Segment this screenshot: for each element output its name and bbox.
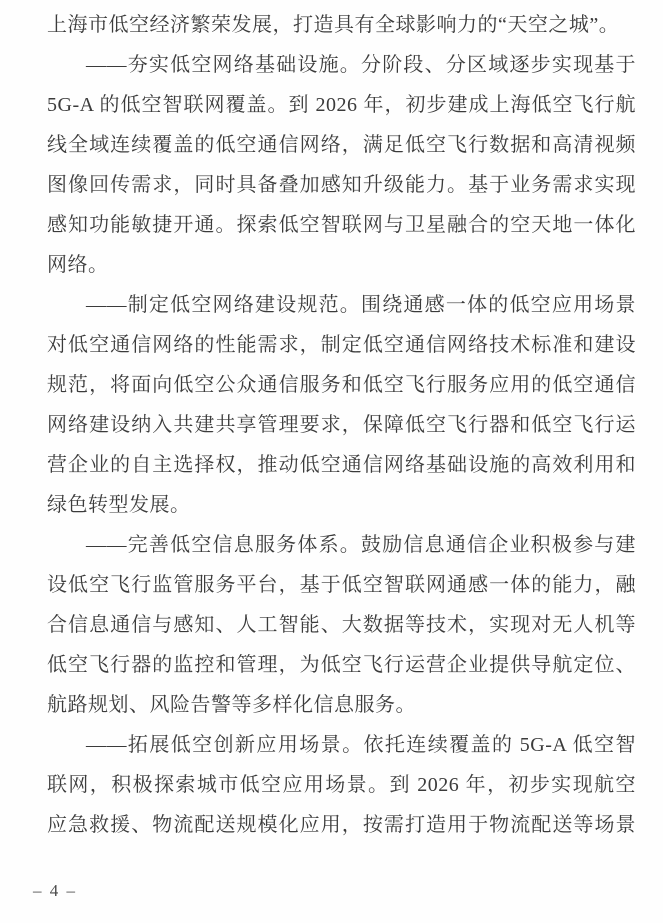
text-line: ——拓展低空创新应用场景。依托连续覆盖的 5G-A 低空智	[47, 725, 636, 765]
document-body: 上海市低空经济繁荣发展，打造具有全球影响力的“天空之城”。——夯实低空网络基础设…	[47, 5, 636, 845]
text-line: 规范，将面向低空公众通信服务和低空飞行服务应用的低空通信	[47, 365, 636, 405]
text-line: 上海市低空经济繁荣发展，打造具有全球影响力的“天空之城”。	[47, 5, 636, 45]
text-line: 感知功能敏捷开通。探索低空智联网与卫星融合的空天地一体化	[47, 205, 636, 245]
text-line: ——制定低空网络建设规范。围绕通感一体的低空应用场景	[47, 285, 636, 325]
page-number: – 4 –	[33, 880, 77, 902]
text-line: ——夯实低空网络基础设施。分阶段、分区域逐步实现基于	[47, 45, 636, 85]
text-line: 网络建设纳入共建共享管理要求，保障低空飞行器和低空飞行运	[47, 405, 636, 445]
text-line: 营企业的自主选择权，推动低空通信网络基础设施的高效利用和	[47, 445, 636, 485]
text-line: 联网，积极探索城市低空应用场景。到 2026 年，初步实现航空	[47, 765, 636, 805]
text-line: 5G-A 的低空智联网覆盖。到 2026 年，初步建成上海低空飞行航	[47, 85, 636, 125]
text-line: 绿色转型发展。	[47, 485, 636, 525]
text-line: 合信息通信与感知、人工智能、大数据等技术，实现对无人机等	[47, 605, 636, 645]
text-line: 图像回传需求，同时具备叠加感知升级能力。基于业务需求实现	[47, 165, 636, 205]
document-page: 上海市低空经济繁荣发展，打造具有全球影响力的“天空之城”。——夯实低空网络基础设…	[0, 0, 663, 923]
text-line: 设低空飞行监管服务平台，基于低空智联网通感一体的能力，融	[47, 565, 636, 605]
text-line: 线全域连续覆盖的低空通信网络，满足低空飞行数据和高清视频	[47, 125, 636, 165]
text-line: ——完善低空信息服务体系。鼓励信息通信企业积极参与建	[47, 525, 636, 565]
text-line: 网络。	[47, 245, 636, 285]
text-line: 航路规划、风险告警等多样化信息服务。	[47, 685, 636, 725]
text-line: 对低空通信网络的性能需求，制定低空通信网络技术标准和建设	[47, 325, 636, 365]
text-line: 应急救援、物流配送规模化应用，按需打造用于物流配送等场景	[47, 805, 636, 845]
text-line: 低空飞行器的监控和管理，为低空飞行运营企业提供导航定位、	[47, 645, 636, 685]
